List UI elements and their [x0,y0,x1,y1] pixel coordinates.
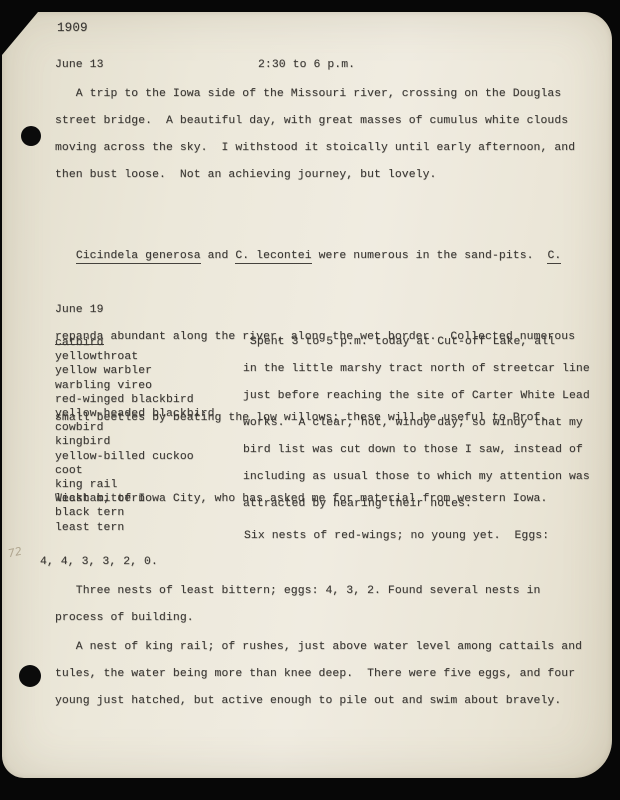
bird-list-item: red-winged blackbird [55,393,215,407]
paragraph-bittern: Three nests of least bittern; eggs: 4, 3… [55,578,540,632]
egg-counts-line: 4, 4, 3, 3, 2, 0. [40,549,158,576]
entry-june13-date: June 13 [55,52,104,79]
species-name: C. lecontei [235,250,311,264]
bird-list-item: king rail [55,478,215,492]
bird-list-item: kingbird [55,435,215,449]
bird-list-item: yellowthroat [55,350,215,364]
scan-background: 1909 June 13 2:30 to 6 p.m. A trip to th… [0,0,620,800]
narrative-cutoff-lake: Spent 3 to 5 p.m. today at Cut-off Lake,… [243,329,590,518]
paragraph-king-rail: A nest of king rail; of rushes, just abo… [55,634,582,715]
bird-list-item: coot [55,464,215,478]
bird-list: catbirdyellowthroatyellow warblerwarblin… [55,336,215,535]
paragraph-trip: A trip to the Iowa side of the Missouri … [55,81,575,189]
bird-list-item: least tern [55,521,215,535]
bird-list-item: cowbird [55,421,215,435]
species-name: Cicindela generosa [76,250,201,264]
indent [55,250,76,262]
bird-list-item: catbird [55,336,215,350]
bird-list-item: yellow warbler [55,364,215,378]
entry-june13-time: 2:30 to 6 p.m. [258,52,355,79]
bird-list-item: warbling vireo [55,379,215,393]
bird-list-item: yellow-headed blackbird [55,407,215,421]
six-nests-line: Six nests of red-wings; no young yet. Eg… [244,523,549,550]
paragraph-beetles-line1: Cicindela generosa and C. lecontei were … [55,243,575,270]
hole-punch-bottom [19,665,41,687]
body-text: and [201,250,236,262]
year-label: 1909 [57,15,88,42]
bird-list-item: least bittern [55,492,215,506]
bird-list-item: black tern [55,506,215,520]
species-name: C. [547,250,561,264]
bird-list-item: yellow-billed cuckoo [55,450,215,464]
hole-punch-top [21,126,41,146]
entry-june19-date: June 19 [55,297,104,324]
body-text: were numerous in the sand-pits. [312,250,548,262]
